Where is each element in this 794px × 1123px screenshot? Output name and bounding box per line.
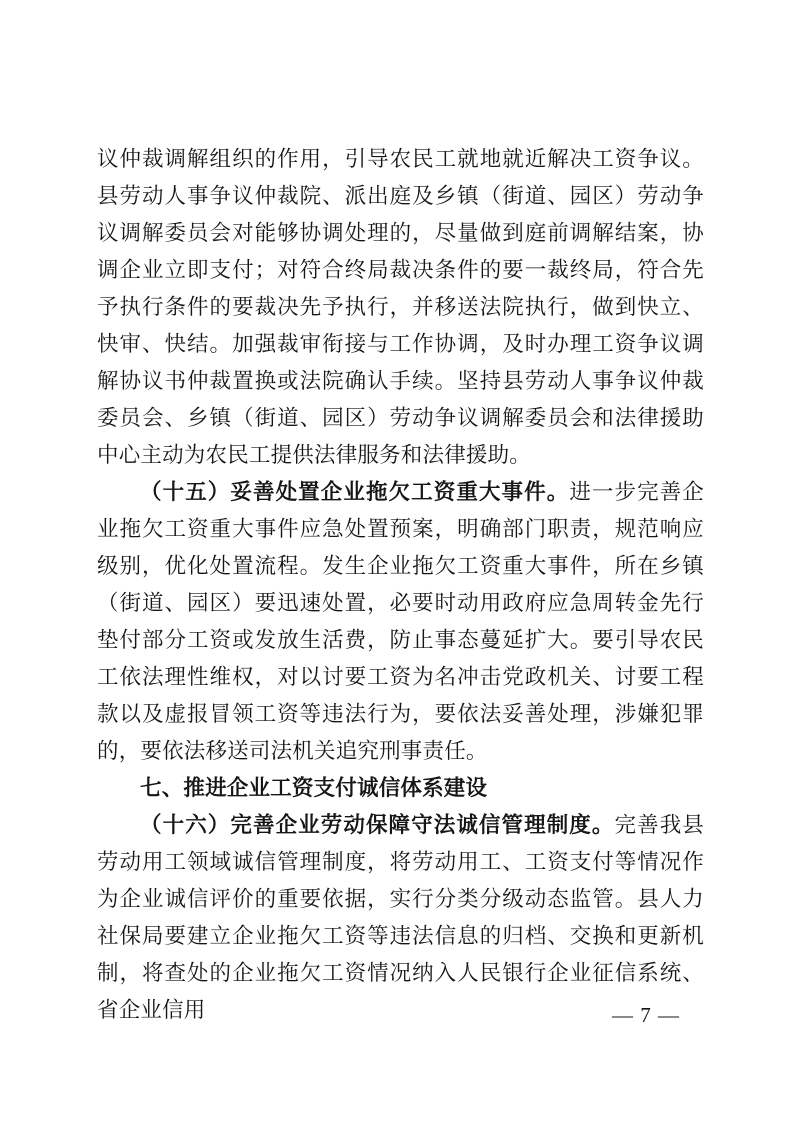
text-run: 完善我县劳动用工领域诚信管理制度，将劳动用工、工资支付等情况作为企业诚信评价的重… [97, 813, 704, 1022]
text-run: （十五）妥善处置企业拖欠工资重大事件。 [140, 480, 569, 504]
document-body: 议仲裁调解组织的作用，引导农民工就地就近解决工资争议。县劳动人事争议仲裁院、派出… [97, 141, 704, 1029]
paragraph: （十六）完善企业劳动保障守法诚信管理制度。完善我县劳动用工领域诚信管理制度，将劳… [97, 807, 704, 1029]
paragraph: （十五）妥善处置企业拖欠工资重大事件。进一步完善企业拖欠工资重大事件应急处置预案… [97, 474, 704, 770]
page-number: — 7 — [0, 1001, 680, 1029]
text-run: 七、推进企业工资支付诚信体系建设 [140, 776, 487, 800]
text-run: 议仲裁调解组织的作用，引导农民工就地就近解决工资争议。县劳动人事争议仲裁院、派出… [97, 147, 704, 467]
paragraph: 议仲裁调解组织的作用，引导农民工就地就近解决工资争议。县劳动人事争议仲裁院、派出… [97, 141, 704, 474]
section-heading: 七、推进企业工资支付诚信体系建设 [97, 770, 704, 807]
text-run: （十六）完善企业劳动保障守法诚信管理制度。 [140, 813, 615, 837]
text-run: 进一步完善企业拖欠工资重大事件应急处置预案，明确部门职责，规范响应级别，优化处置… [97, 480, 704, 763]
document-page: 议仲裁调解组织的作用，引导农民工就地就近解决工资争议。县劳动人事争议仲裁院、派出… [0, 0, 794, 1123]
